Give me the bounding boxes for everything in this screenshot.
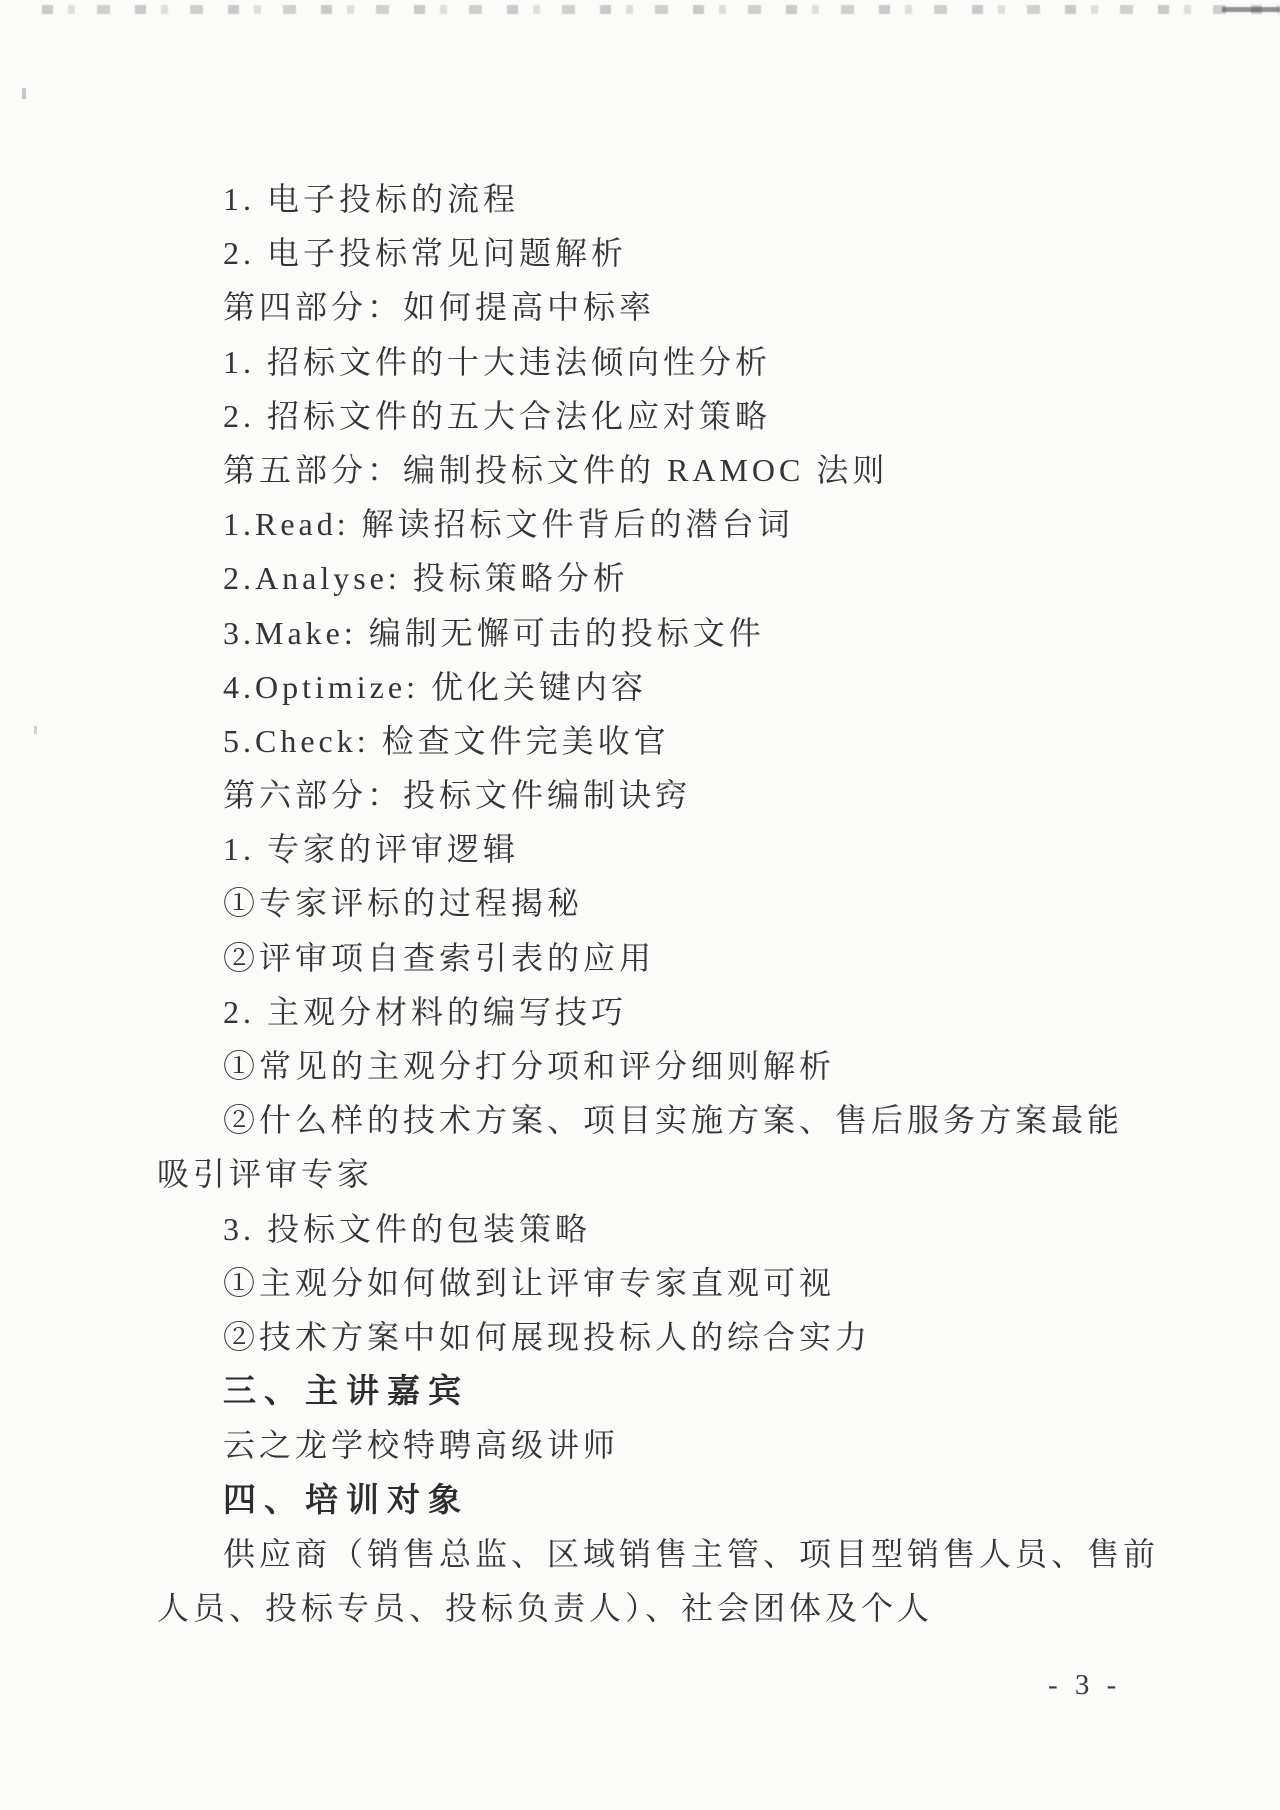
sub-list-item: ②评审项自查索引表的应用 xyxy=(157,931,1157,985)
sub-list-item: ①专家评标的过程揭秘 xyxy=(157,876,1157,930)
page-number: - 3 - xyxy=(1048,1663,1121,1707)
section-heading-audience: 四、培训对象 xyxy=(157,1473,1157,1527)
part-heading: 第六部分：投标文件编制诀窍 xyxy=(157,768,1157,822)
sub-list-item: ②什么样的技术方案、项目实施方案、售后服务方案最能 xyxy=(157,1093,1157,1147)
list-item: 2.Analyse: 投标策略分析 xyxy=(157,551,1157,605)
part-heading: 第四部分：如何提高中标率 xyxy=(157,280,1157,334)
list-item: 2. 主观分材料的编写技巧 xyxy=(157,985,1157,1039)
scan-speck xyxy=(34,726,37,734)
list-item: 3.Make: 编制无懈可击的投标文件 xyxy=(157,606,1157,660)
list-item: 3. 投标文件的包装策略 xyxy=(157,1202,1157,1256)
list-item: 1. 专家的评审逻辑 xyxy=(157,822,1157,876)
part-heading: 第五部分：编制投标文件的 RAMOC 法则 xyxy=(157,443,1157,497)
paragraph: 供应商（销售总监、区域销售主管、项目型销售人员、售前 xyxy=(157,1527,1157,1581)
list-item: 1.Read: 解读招标文件背后的潜台词 xyxy=(157,497,1157,551)
list-item: 4.Optimize: 优化关键内容 xyxy=(157,660,1157,714)
scanned-document-page: 1. 电子投标的流程 2. 电子投标常见问题解析 第四部分：如何提高中标率 1.… xyxy=(0,0,1280,1810)
paragraph-continuation: 吸引评审专家 xyxy=(157,1147,1157,1201)
sub-list-item: ②技术方案中如何展现投标人的综合实力 xyxy=(157,1310,1157,1364)
paragraph-continuation: 人员、投标专员、投标负责人）、社会团体及个人 xyxy=(157,1581,1157,1635)
scan-speck xyxy=(22,88,26,99)
list-item: 1. 招标文件的十大违法倾向性分析 xyxy=(157,335,1157,389)
section-heading-speaker: 三、主讲嘉宾 xyxy=(157,1364,1157,1418)
list-item: 2. 招标文件的五大合法化应对策略 xyxy=(157,389,1157,443)
paragraph: 云之龙学校特聘高级讲师 xyxy=(157,1418,1157,1472)
list-item: 5.Check: 检查文件完美收官 xyxy=(157,714,1157,768)
scan-artifact-top xyxy=(42,5,1280,14)
document-body: 1. 电子投标的流程 2. 电子投标常见问题解析 第四部分：如何提高中标率 1.… xyxy=(157,172,1157,1635)
list-item: 2. 电子投标常见问题解析 xyxy=(157,226,1157,280)
sub-list-item: ①常见的主观分打分项和评分细则解析 xyxy=(157,1039,1157,1093)
sub-list-item: ①主观分如何做到让评审专家直观可视 xyxy=(157,1256,1157,1310)
list-item: 1. 电子投标的流程 xyxy=(157,172,1157,226)
scan-artifact-top-right xyxy=(1222,7,1280,12)
